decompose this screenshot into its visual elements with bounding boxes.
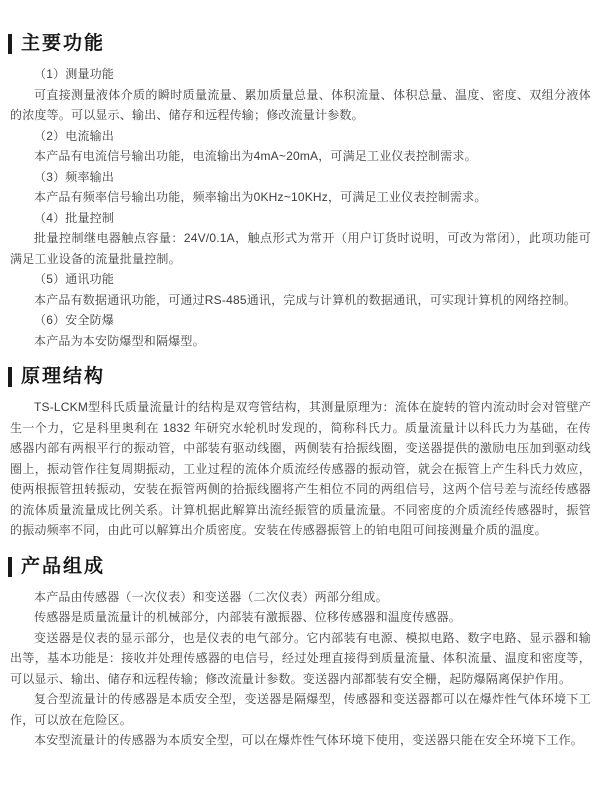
section-title: 产品组成	[21, 555, 105, 579]
paragraph: 本产品有电流信号输出功能，电流输出为4mA~20mA，可满足工业仪表控制需求。	[10, 146, 591, 167]
list-item-label: （2）电流输出	[10, 126, 591, 147]
paragraph: 本产品有数据通讯功能，可通过RS-485通讯，完成与计算机的数据通讯，可实现计算…	[10, 290, 591, 311]
heading-accent-bar	[8, 557, 12, 577]
paragraph: 本产品由传感器（一次仪表）和变送器（二次仪表）两部分组成。	[10, 587, 591, 608]
section-title: 主要功能	[21, 32, 105, 56]
section-heading: 原理结构	[8, 365, 591, 389]
section-title: 原理结构	[21, 365, 105, 389]
paragraph: TS-LCKM型科氏质量流量计的结构是双弯管结构，其测量原理为：流体在旋转的管内…	[10, 397, 591, 541]
section-principle-structure: 原理结构 TS-LCKM型科氏质量流量计的结构是双弯管结构，其测量原理为：流体在…	[10, 365, 591, 541]
list-item-label: （1）测量功能	[10, 64, 591, 85]
paragraph: 变送器是仪表的显示部分，也是仪表的电气部分。它内部装有电源、模拟电路、数字电路、…	[10, 628, 591, 690]
paragraph: 本产品为本安防爆型和隔爆型。	[10, 331, 591, 352]
heading-accent-bar	[8, 34, 12, 54]
section-product-composition: 产品组成 本产品由传感器（一次仪表）和变送器（二次仪表）两部分组成。 传感器是质…	[10, 555, 591, 751]
list-item-label: （6）安全防爆	[10, 310, 591, 331]
list-item-label: （3）频率输出	[10, 167, 591, 188]
paragraph: 复合型流量计的传感器是本质安全型，变送器是隔爆型，传感器和变送器都可以在爆炸性气…	[10, 689, 591, 730]
heading-accent-bar	[8, 367, 12, 387]
list-item-label: （4）批量控制	[10, 208, 591, 229]
section-main-functions: 主要功能 （1）测量功能 可直接测量液体介质的瞬时质量流量、累加质量总量、体积流…	[10, 32, 591, 351]
section-heading: 主要功能	[8, 32, 591, 56]
document-page: 主要功能 （1）测量功能 可直接测量液体介质的瞬时质量流量、累加质量总量、体积流…	[0, 0, 600, 800]
paragraph: 传感器是质量流量计的机械部分，内部装有激振器、位移传感器和温度传感器。	[10, 607, 591, 628]
list-item-label: （5）通讯功能	[10, 269, 591, 290]
paragraph: 本产品有频率信号输出功能，频率输出为0KHz~10KHz，可满足工业仪表控制需求…	[10, 187, 591, 208]
paragraph: 批量控制继电器触点容量：24V/0.1A，触点形式为常开（用户订货时说明，可改为…	[10, 228, 591, 269]
paragraph: 可直接测量液体介质的瞬时质量流量、累加质量总量、体积流量、体积总量、温度、密度、…	[10, 85, 591, 126]
section-heading: 产品组成	[8, 555, 591, 579]
paragraph: 本安型流量计的传感器为本质安全型，可以在爆炸性气体环境下使用，变送器只能在安全环…	[10, 730, 591, 751]
